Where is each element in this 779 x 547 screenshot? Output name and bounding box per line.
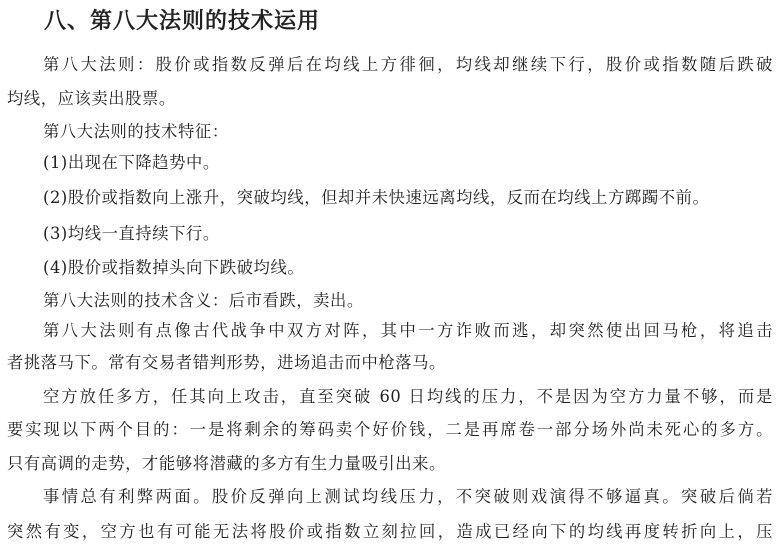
analogy-line-2: 者挑落马下。常有交易者错判形势，进场追击而中枪落马。 xyxy=(7,352,777,374)
bear-strategy-line-3: 只有高调的走势，才能够将潜藏的多方有生力量吸引出来。 xyxy=(7,453,777,475)
book-page: 八、第八大法则的技术运用 第八大法则：股价或指数反弹后在均线上方徘徊，均线却继续… xyxy=(0,0,779,547)
rule-statement-line-1: 第八大法则：股价或指数反弹后在均线上方徘徊，均线却继续下行，股价或指数随后跌破 xyxy=(43,54,773,76)
feature-item-4: (4)股价或指数掉头向下跌破均线。 xyxy=(43,257,779,279)
technical-meaning: 第八大法则的技术含义：后市看跌，卖出。 xyxy=(43,290,779,312)
feature-item-1: (1)出现在下降趋势中。 xyxy=(43,152,779,174)
rule-statement-line-2: 均线，应该卖出股票。 xyxy=(7,88,777,110)
features-heading: 第八大法则的技术特征： xyxy=(43,121,779,143)
pros-cons-line-2: 突然有变，空方也有可能无法将股价或指数立刻拉回，造成已经向下的均线再度转折向上，… xyxy=(7,521,773,543)
feature-item-2: (2)股价或指数向上涨升，突破均线，但却并未快速远离均线，反而在均线上方踯躅不前… xyxy=(43,187,779,209)
feature-item-3: (3)均线一直持续下行。 xyxy=(43,223,779,245)
pros-cons-line-1: 事情总有利弊两面。股价反弹向上测试均线压力，不突破则戏演得不够逼真。突破后倘若 xyxy=(43,486,773,508)
section-title: 八、第八大法则的技术运用 xyxy=(44,4,320,35)
bear-strategy-line-2: 要实现以下两个目的：一是将剩余的筹码卖个好价钱，二是再席卷一部分场外尚未死心的多… xyxy=(7,419,773,441)
analogy-line-1: 第八大法则有点像古代战争中双方对阵，其中一方诈败而逃，却突然使出回马枪，将追击 xyxy=(43,320,773,342)
bear-strategy-line-1: 空方放任多方，任其向上攻击，直至突破 60 日均线的压力，不是因为空方力量不够，… xyxy=(43,386,773,408)
